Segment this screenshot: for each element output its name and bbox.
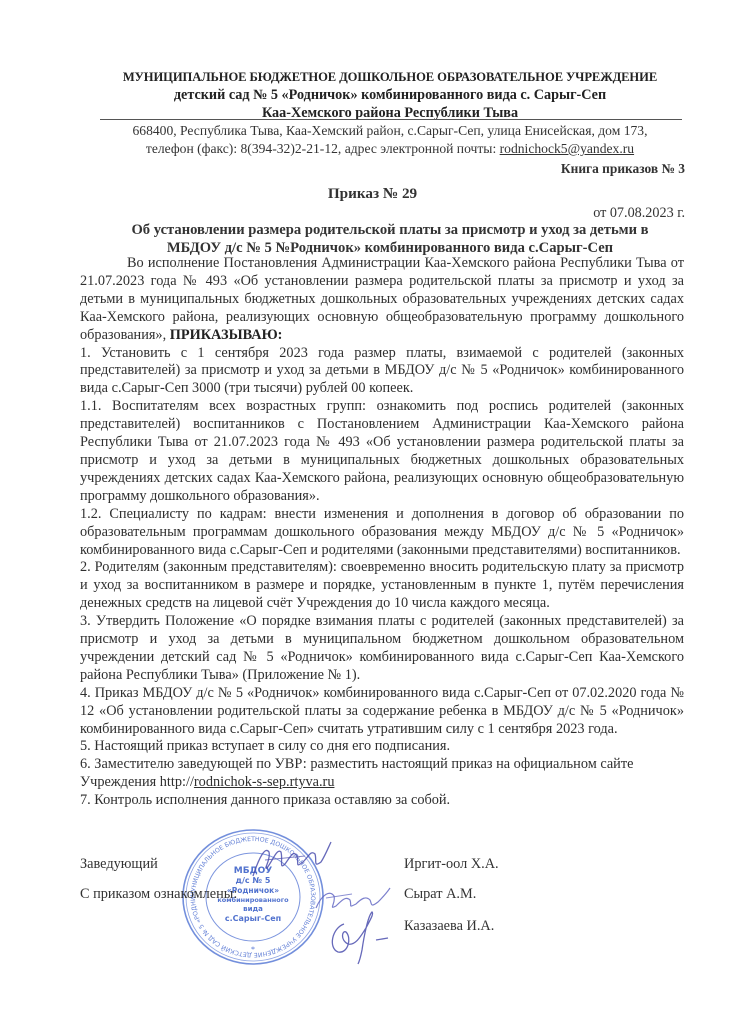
order-book-label: Книга приказов № 3 (561, 161, 685, 177)
signature-2-icon (322, 910, 397, 965)
order-item-1: 1. Установить с 1 сентября 2023 года раз… (80, 345, 684, 399)
acknowledged-label: С приказом ознакомлены: (80, 886, 237, 903)
head-label: Заведующий (80, 856, 158, 873)
contact-line: телефон (факс): 8(394-32)2-21-12, адрес … (95, 140, 685, 158)
website-link[interactable]: rodnichok-s-sep.rtyva.ru (194, 774, 335, 790)
order-item-1-1: 1.1. Воспитателям всех возрастных групп:… (80, 398, 684, 505)
document-page: МУНИЦИПАЛЬНОЕ БЮДЖЕТНОЕ ДОШКОЛЬНОЕ ОБРАЗ… (0, 0, 745, 1024)
decree-word: ПРИКАЗЫВАЮ: (170, 327, 283, 343)
org-name-line2: детский сад № 5 «Родничок» комбинированн… (95, 86, 685, 104)
svg-text:*: * (251, 945, 255, 954)
order-item-3: 3. Утвердить Положение «О порядке взиман… (80, 613, 684, 685)
head-name: Иргит-оол Х.А. (404, 856, 499, 873)
order-item-5: 5. Настоящий приказ вступает в силу со д… (80, 738, 684, 756)
order-item-1-2: 1.2. Специалисту по кадрам: внести измен… (80, 506, 684, 560)
org-name-line1: МУНИЦИПАЛЬНОЕ БЮДЖЕТНОЕ ДОШКОЛЬНОЕ ОБРАЗ… (95, 68, 685, 86)
order-date: от 07.08.2023 г. (593, 205, 685, 222)
order-item-2: 2. Родителям (законным представителям): … (80, 559, 684, 613)
order-subject-line1: Об установлении размера родительской пла… (95, 221, 685, 239)
stamp-line6: с.Сарыг-Сеп (225, 914, 281, 923)
order-item-7: 7. Контроль исполнения данного приказа о… (80, 792, 684, 810)
header-divider (100, 119, 682, 120)
order-item-4: 4. Приказ МБДОУ д/с № 5 «Родничок» комби… (80, 685, 684, 739)
email-link[interactable]: rodnichock5@yandex.ru (500, 141, 634, 156)
head-signature-icon (245, 838, 335, 883)
stamp-line5: вида (243, 905, 263, 913)
order-title: Приказ № 29 (0, 185, 745, 203)
acknowledged-name-1: Сырат А.М. (404, 886, 476, 903)
order-item-6-text: 6. Заместителю заведующей по УВР: размес… (80, 756, 633, 790)
acknowledged-name-2: Казазаева И.А. (404, 918, 494, 935)
order-body: Во исполнение Постановления Администраци… (80, 255, 684, 810)
address-line: 668400, Республика Тыва, Каа-Хемский рай… (95, 122, 685, 140)
preamble-paragraph: Во исполнение Постановления Администраци… (80, 255, 684, 345)
contact-prefix: телефон (факс): 8(394-32)2-21-12, адрес … (146, 141, 500, 156)
order-item-6: 6. Заместителю заведующей по УВР: размес… (80, 756, 684, 792)
